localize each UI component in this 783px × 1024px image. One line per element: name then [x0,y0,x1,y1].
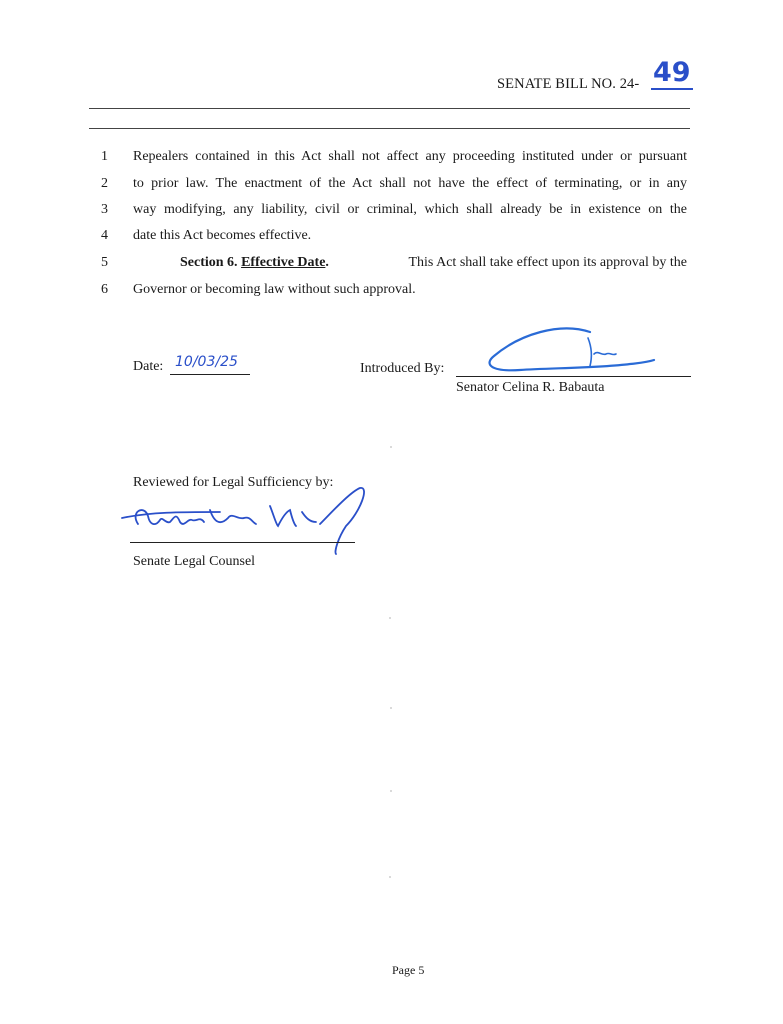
date-line [170,374,250,375]
section-label: Section 6. [180,255,238,270]
line-number: 1 [101,149,115,165]
legal-counsel-signature-icon [110,482,380,557]
line-number: 4 [101,228,115,244]
bill-number-label: SENATE BILL NO. 24- [497,76,639,93]
introducer-signature-icon [480,318,660,380]
handwritten-date: 10/03/25 [175,354,238,370]
section-title-suffix: . [325,255,329,270]
section-title: Effective Date [241,255,325,270]
legal-counsel-title: Senate Legal Counsel [133,554,255,570]
section-6-line: Section 6. Effective Date. This Act shal… [180,255,687,271]
scan-speck [390,707,392,709]
header-rule-top [89,108,690,109]
body-line: date this Act becomes effective. [133,228,687,244]
scan-speck [389,617,391,619]
page-number: Page 5 [392,963,424,978]
body-line: way modifying, any liability, civil or c… [133,202,687,218]
body-line: Repealers contained in this Act shall no… [133,149,687,165]
handwritten-bill-number: 49 [651,58,693,90]
body-line: to prior law. The enactment of the Act s… [133,176,687,192]
introduced-by-label: Introduced By: [360,361,444,377]
introducer-name: Senator Celina R. Babauta [456,380,605,396]
body-line: Governor or becoming law without such ap… [133,282,687,298]
line-number: 5 [101,255,115,271]
line-number: 2 [101,176,115,192]
section-heading: Section 6. Effective Date. [180,255,329,271]
section-text: This Act shall take effect upon its appr… [408,255,687,271]
legal-counsel-signature-line [130,542,355,543]
scan-speck [390,446,392,448]
scan-speck [389,876,391,878]
date-label: Date: [133,359,163,375]
scan-speck [390,790,392,792]
line-number: 3 [101,202,115,218]
header-rule-bottom [89,128,690,129]
line-number: 6 [101,282,115,298]
